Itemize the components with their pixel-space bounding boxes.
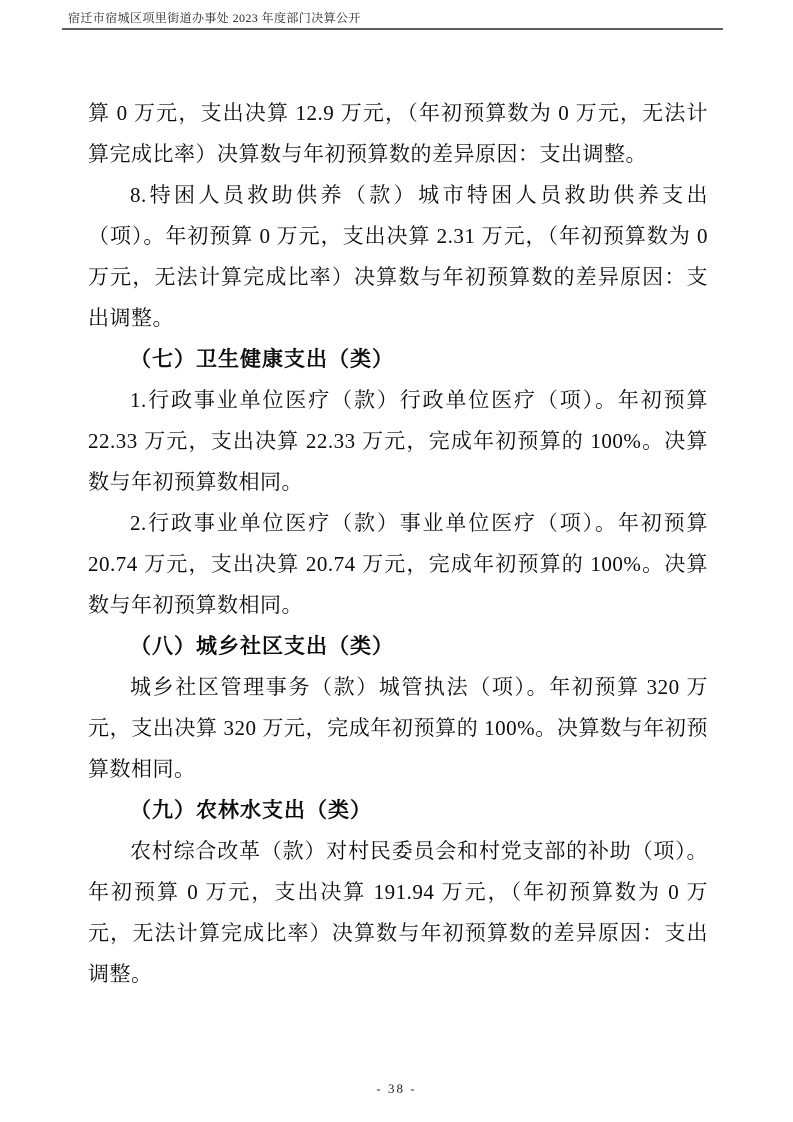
body-paragraph: 8.特困人员救助供养（款）城市特困人员救助供养支出（项）。年初预算 0 万元，支… [88, 175, 708, 339]
body-paragraph: 农村综合改革（款）对村民委员会和村党支部的补助（项）。年初预算 0 万元，支出决… [88, 831, 708, 995]
document-body: 算 0 万元，支出决算 12.9 万元，（年初预算数为 0 万元，无法计算完成比… [88, 93, 708, 995]
body-paragraph: 1.行政事业单位医疗（款）行政单位医疗（项）。年初预算 22.33 万元，支出决… [88, 380, 708, 503]
page-number: - 38 - [376, 1081, 416, 1096]
body-paragraph: 城乡社区管理事务（款）城管执法（项）。年初预算 320 万元，支出决算 320 … [88, 667, 708, 790]
header-title: 宿迁市宿城区项里街道办事处 2023 年度部门决算公开 [62, 11, 723, 25]
section-heading: （八）城乡社区支出（类） [88, 626, 708, 667]
page-header: 宿迁市宿城区项里街道办事处 2023 年度部门决算公开 [62, 11, 723, 30]
document-page: 宿迁市宿城区项里街道办事处 2023 年度部门决算公开 算 0 万元，支出决算 … [0, 0, 793, 1122]
body-paragraph-continuation: 算 0 万元，支出决算 12.9 万元，（年初预算数为 0 万元，无法计算完成比… [88, 93, 708, 175]
section-heading: （九）农林水支出（类） [88, 790, 708, 831]
page-footer: - 38 - [0, 1080, 793, 1098]
body-paragraph: 2.行政事业单位医疗（款）事业单位医疗（项）。年初预算 20.74 万元，支出决… [88, 503, 708, 626]
section-heading: （七）卫生健康支出（类） [88, 339, 708, 380]
